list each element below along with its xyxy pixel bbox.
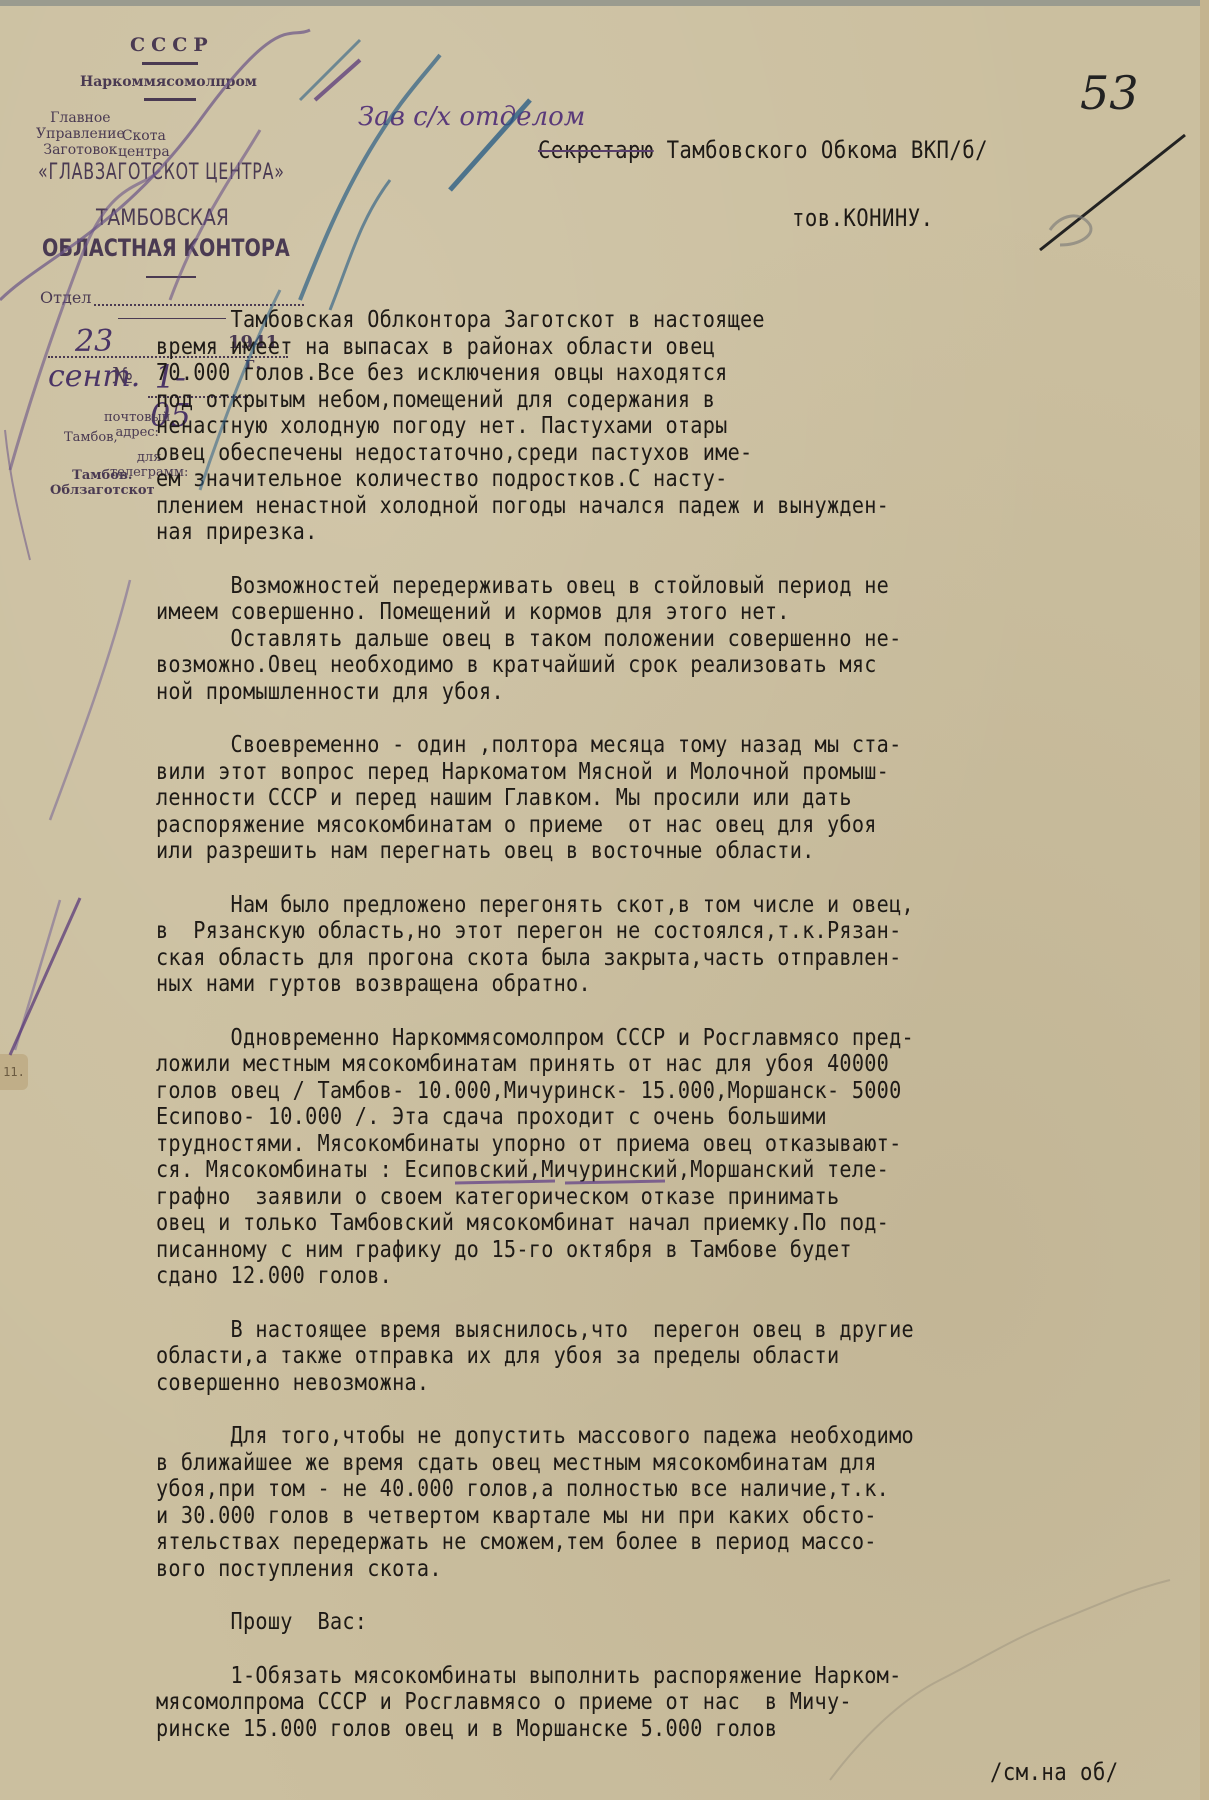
folio-number: 53	[1080, 66, 1139, 120]
paragraph: 1-Обязать мясокомбинаты выполнить распор…	[156, 1662, 1206, 1742]
addressee-line-2: тов.КОНИНУ.	[792, 204, 933, 232]
letterhead-dept-label: Отдел	[40, 288, 91, 307]
text-line: овец и только Тамбовский мясокомбинат на…	[156, 1209, 1059, 1236]
telegram-address: Тамбов. Облзаготскот	[50, 468, 155, 498]
paragraph: Одновременно Наркоммясомолпром СССР и Ро…	[156, 1024, 1206, 1289]
text-line: или разрешить нам перегнать овец в восто…	[156, 837, 1059, 864]
text-line: Тамбовская Облконтора Заготскот в настоя…	[156, 306, 1059, 333]
text-line: ятельствах передержать не сможем,тем бол…	[156, 1528, 1059, 1555]
letterhead-directorate-2: Скота центра	[118, 128, 170, 160]
text-line: области,а также отправка их для убоя за …	[156, 1342, 1059, 1369]
paragraph: Нам было предложено перегонять скот,в то…	[156, 891, 1206, 997]
text-line: трудностями. Мясокомбинаты упорно от при…	[156, 1130, 1059, 1157]
text-line: под открытым небом,помещений для содержа…	[156, 386, 1059, 413]
paragraph: Для того,чтобы не допустить массового па…	[156, 1422, 1206, 1581]
letterhead-region: ТАМБОВСКАЯ	[96, 206, 229, 231]
letterhead-directorate-1: Главное Управление Заготовок	[36, 110, 125, 158]
postal-city: Тамбов,	[64, 430, 118, 445]
paragraph-gap	[156, 864, 1206, 891]
text-line: Для того,чтобы не допустить массового па…	[156, 1422, 1059, 1449]
addressee-org: Тамбовского Обкома ВКП/б/	[654, 136, 988, 164]
letterhead-country: СССР	[130, 34, 214, 56]
text-line: Оставлять дальше овец в таком положении …	[156, 625, 1059, 652]
stamp-divider	[146, 276, 196, 278]
text-line: ская область для прогона скота была закр…	[156, 944, 1059, 971]
text-line: ных нами гуртов возвращена обратно.	[156, 970, 1059, 997]
text-line: ная прирезка.	[156, 518, 1059, 545]
addressee-line-1: Секретарю Тамбовского Обкома ВКП/б/	[538, 136, 988, 164]
text-line: Прошу Вас:	[156, 1608, 1059, 1635]
text-line: имеем совершенно. Помещений и кормов для…	[156, 598, 1059, 625]
text-line: вого поступления скота.	[156, 1555, 1059, 1582]
letterhead-office: ОБЛАСТНАЯ КОНТОРА	[42, 234, 314, 262]
text-line: 70.000 голов.Все без исключения овцы нах…	[156, 359, 1059, 386]
number-label: №	[112, 364, 133, 389]
letterhead-org-name: «ГЛАВЗАГОТСКОТ ЦЕНТРА»	[38, 160, 334, 185]
text-line: убоя,при том - не 40.000 голов,а полност…	[156, 1475, 1059, 1502]
text-line: Есипово- 10.000 /. Эта сдача проходит с …	[156, 1103, 1059, 1130]
text-line: плением ненастной холодной погоды началс…	[156, 492, 1059, 519]
handwritten-dept-note: Зав с/х отделом	[358, 102, 585, 132]
paragraph-gap	[156, 1581, 1206, 1608]
letterhead-ministry: Наркоммясомолпром	[80, 74, 257, 90]
continued-note: /см.на об/	[990, 1758, 1119, 1786]
text-line: ной промышленности для убоя.	[156, 678, 1059, 705]
text-line: время имеет на выпасах в районах области…	[156, 333, 1059, 360]
text-line: графно заявили о своем категорическом от…	[156, 1183, 1059, 1210]
paragraph: Тамбовская Облконтора Заготскот в настоя…	[156, 306, 1206, 545]
letter-body: Тамбовская Облконтора Заготскот в настоя…	[156, 306, 1206, 1741]
paragraph: Своевременно - один ,полтора месяца тому…	[156, 731, 1206, 864]
text-line: Возможностей передерживать овец в стойло…	[156, 572, 1059, 599]
text-line: сдано 12.000 голов.	[156, 1262, 1059, 1289]
text-line: вили этот вопрос перед Наркоматом Мясной…	[156, 758, 1059, 785]
text-line: ринске 15.000 голов овец и в Моршанске 5…	[156, 1715, 1059, 1742]
text-line: В настоящее время выяснилось,что перегон…	[156, 1316, 1059, 1343]
stamp-divider	[144, 98, 196, 101]
text-line: ненастную холодную погоду нет. Пастухами…	[156, 412, 1059, 439]
text-line: возможно.Овец необходимо в кратчайший ср…	[156, 651, 1059, 678]
text-line: в ближайшее же время сдать овец местным …	[156, 1449, 1059, 1476]
text-line: писанному с ним графику до 15-го октября…	[156, 1236, 1059, 1263]
paragraph-gap	[156, 997, 1206, 1024]
text-line: мясомолпрома СССР и Росглавмясо о приеме…	[156, 1688, 1059, 1715]
text-line: в Рязанскую область,но этот перегон не с…	[156, 917, 1059, 944]
text-line: ем значительное количество подростков.С …	[156, 465, 1059, 492]
paragraph: Прошу Вас:	[156, 1608, 1206, 1635]
paragraph-gap	[156, 1395, 1206, 1422]
text-line: Своевременно - один ,полтора месяца тому…	[156, 731, 1059, 758]
sheet-tab: 11.	[0, 1054, 28, 1090]
text-line: ложили местным мясокомбинатам принять от…	[156, 1050, 1059, 1077]
paragraph-gap	[156, 1289, 1206, 1316]
text-line: распоряжение мясокомбинатам о приеме от …	[156, 811, 1059, 838]
paragraph-gap	[156, 1635, 1206, 1662]
text-line: ленности СССР и перед нашим Главком. Мы …	[156, 784, 1059, 811]
paragraph-gap	[156, 704, 1206, 731]
text-line: и 30.000 голов в четвертом квартале мы н…	[156, 1502, 1059, 1529]
text-line: совершенно невозможна.	[156, 1369, 1059, 1396]
paragraph: В настоящее время выяснилось,что перегон…	[156, 1316, 1206, 1396]
paragraph-gap	[156, 545, 1206, 572]
text-line: Нам было предложено перегонять скот,в то…	[156, 891, 1059, 918]
stamp-divider	[142, 62, 198, 65]
scan-frame-right	[1200, 0, 1209, 1800]
struck-word: Секретарю	[538, 136, 654, 164]
document-page: СССР Наркоммясомолпром Главное Управлени…	[0, 6, 1202, 1800]
text-line: голов овец / Тамбов- 10.000,Мичуринск- 1…	[156, 1077, 1059, 1104]
text-line: ся. Мясокомбинаты : Есиповский,Мичуринск…	[156, 1156, 1059, 1183]
text-line: овец обеспечены недостаточно,среди пасту…	[156, 439, 1059, 466]
paragraph: Возможностей передерживать овец в стойло…	[156, 572, 1206, 705]
text-line: Одновременно Наркоммясомолпром СССР и Ро…	[156, 1024, 1059, 1051]
text-line: 1-Обязать мясокомбинаты выполнить распор…	[156, 1662, 1059, 1689]
